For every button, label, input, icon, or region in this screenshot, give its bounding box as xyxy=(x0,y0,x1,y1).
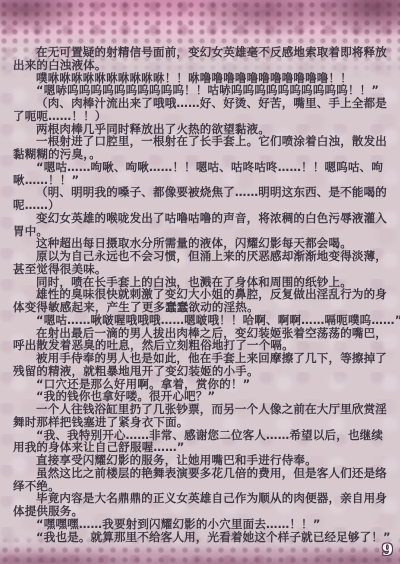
text-line: “我也是。就算那里不给客人用，光看着她这个样子就已经足够了！” xyxy=(13,531,389,544)
text-line: 被用手侍奉的男人也是如此，他在手套上来回摩擦了几下，等擦掉了 xyxy=(13,352,389,365)
text-line: 变幻女英雄的喉咙发出了咕噜咕噜的声音，将浓稠的白色污辱液灌入 xyxy=(13,212,389,225)
text-line: 在无可置疑的射精信号面前，变幻女英雄毫不反感地索取着即将释放 xyxy=(13,46,389,59)
text-line: “嗯咕……啾啵喔哦哦哦……嗯啵哦！！哈啊、啊啊……嗝呃噗呜……” xyxy=(13,314,389,327)
text-line: 虽然这比之前楼层的艳舞表演要多花几倍的费用，但是客人们还是络 xyxy=(13,467,389,480)
text-line: 了呃呃……！！） xyxy=(13,110,389,123)
text-line: “嘿嘿嘿……我要射到闪耀幻影的小穴里面去……！！” xyxy=(13,518,389,531)
text-line: 体变得敏感起来，产生了更多蠢蠢欲动的淫热。 xyxy=(13,301,389,314)
text-line: 舞时那样把钱塞进了紧身衣下面。 xyxy=(13,416,389,429)
text-line: 出来的白浊液体。 xyxy=(13,59,389,72)
text-line: 体提供服务。 xyxy=(13,505,389,518)
text-line: “嗯咕……呴啾、呴啾……！！嗯咕、咕咚咕咚……！！嗯呜咕、呴 xyxy=(13,161,389,174)
text-line: 一个人往钱浴缸里扔了几张钞票，而另一个人像之前在大厅里欣赏淫 xyxy=(13,403,389,416)
text-line: 原以为自己永远也不会习惯，但涌上来的厌恶感却渐渐地变得淡薄， xyxy=(13,250,389,263)
text-line: 甚至觉得很美味。 xyxy=(13,263,389,276)
text-line: 直接享受闪耀幻影的服务，让她用嘴巴和手进行侍奉。 xyxy=(13,454,389,467)
novel-page: 在无可置疑的射精信号面前，变幻女英雄毫不反感地索取着即将释放出来的白浊液体。噗咻… xyxy=(0,0,400,564)
text-line: （肉、肉棒汁流出来了哦哦……好、好烫、好苦，嘴里、手上全都是 xyxy=(13,97,389,110)
text-line: （明、明明我的嗓子、都像要被烧焦了……明明这东西、是不能喝的 xyxy=(13,186,389,199)
page-number: 9 xyxy=(382,540,393,559)
text-line: 残留的精液，就粗暴地甩开了变幻装姬的小手。 xyxy=(13,365,389,378)
text-line: 黏糊糊的污臭，。 xyxy=(13,148,389,161)
text-block: 在无可置疑的射精信号面前，变幻女英雄毫不反感地索取着即将释放出来的白浊液体。噗咻… xyxy=(13,46,389,543)
text-line: 呢……） xyxy=(13,199,389,212)
